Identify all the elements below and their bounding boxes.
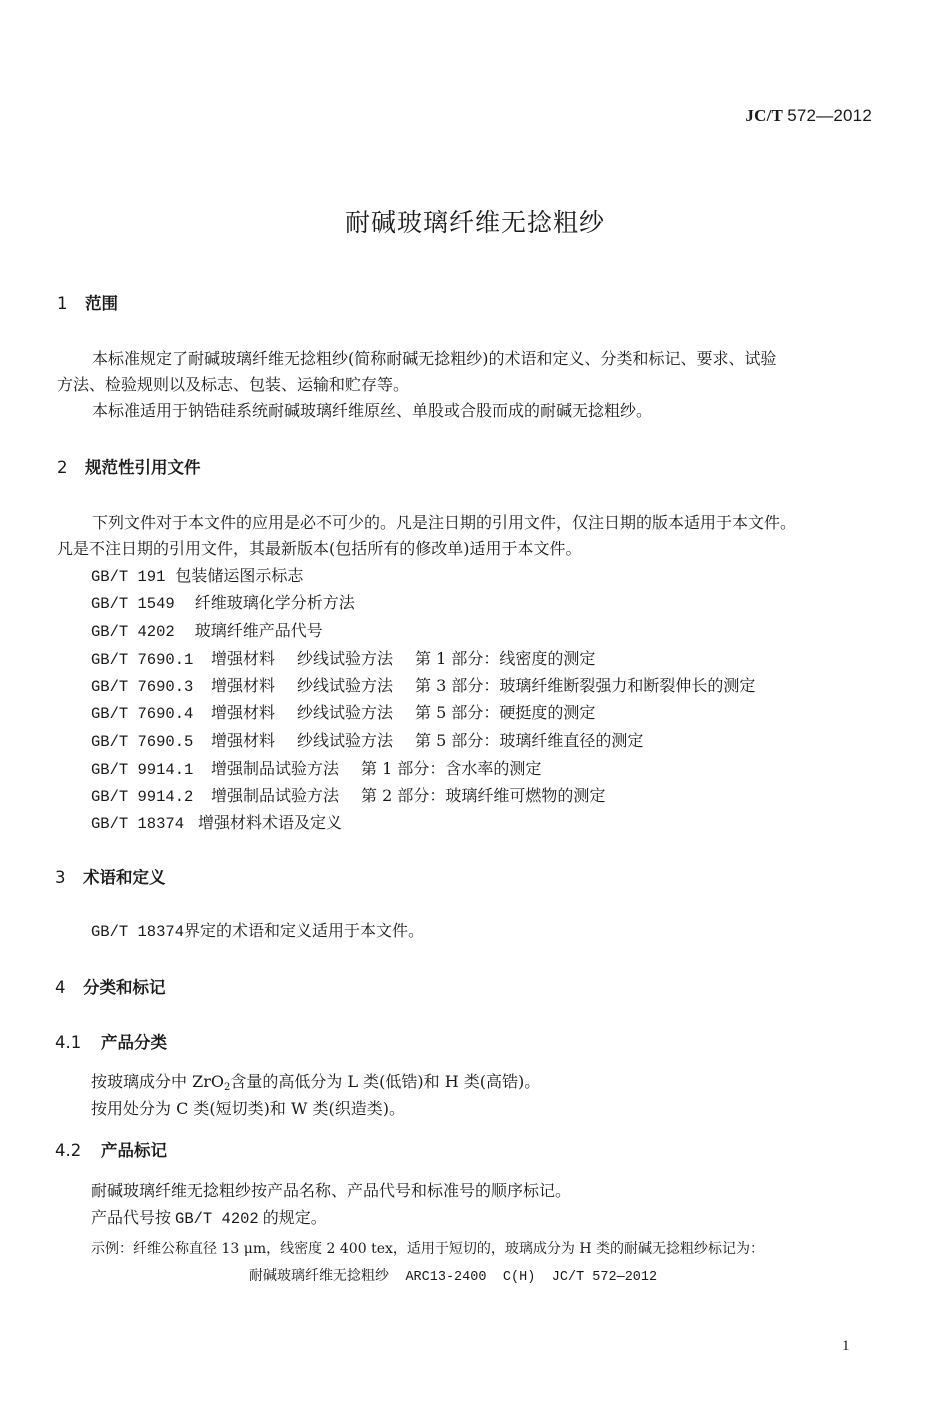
section-title: 范围 xyxy=(85,294,118,313)
reference-title: 增强材料 xyxy=(211,703,275,722)
terms-definition-text: GB/T 18374界定的术语和定义适用于本文件。 xyxy=(91,918,424,945)
reference-item: GB/T 9914.2增强制品试验方法第 2 部分：玻璃纤维可燃物的测定 xyxy=(91,783,605,806)
reference-code: GB/T 18374 xyxy=(91,815,184,833)
reference-title: 增强制品试验方法 xyxy=(211,786,339,805)
designation-class: C(H) xyxy=(503,1270,535,1285)
section-1-heading: 1范围 xyxy=(57,290,118,314)
reference-item: GB/T 7690.5增强材料纱线试验方法第 5 部分：玻璃纤维直径的测定 xyxy=(91,728,643,751)
page-title: 耐碱玻璃纤维无捻粗纱 xyxy=(0,203,950,239)
section-title: 规范性引用文件 xyxy=(85,458,201,477)
reference-title: 包装储运图示标志 xyxy=(175,566,303,585)
refs-intro-line-2: 凡是不注日期的引用文件，其最新版本(包括所有的修改单)适用于本文件。 xyxy=(57,536,887,562)
reference-part: 第 3 部分：玻璃纤维断裂强力和断裂伸长的测定 xyxy=(415,676,755,695)
section-1-body: 本标准规定了耐碱玻璃纤维无捻粗纱(简称耐碱无捻粗纱)的术语和定义、分类和标记、要… xyxy=(57,346,872,424)
classification-line-2: 按用处分为 C 类(短切类)和 W 类(织造类)。 xyxy=(91,1096,405,1122)
scope-para-1-line-2: 方法、检验规则以及标志、包装、运输和贮存等。 xyxy=(57,372,872,398)
reference-part: 第 1 部分：线密度的测定 xyxy=(415,649,595,668)
reference-part: 第 1 部分：含水率的测定 xyxy=(361,759,541,778)
standard-number: 572—2012 xyxy=(787,106,872,125)
section-number: 4 xyxy=(55,978,83,997)
section-title: 术语和定义 xyxy=(83,868,166,887)
reference-part: 第 5 部分：硬挺度的测定 xyxy=(415,703,595,722)
section-4-2-heading: 4.2产品标记 xyxy=(55,1137,167,1161)
classification-text: 按玻璃成分中 ZrO xyxy=(91,1072,224,1091)
reference-code: GB/T 7690.3 xyxy=(91,678,201,696)
marking-example: 示例：纤维公称直径 13 μm，线密度 2 400 tex，适用于短切的，玻璃成… xyxy=(91,1238,764,1258)
marking-code: GB/T 4202 xyxy=(175,1210,259,1228)
standard-prefix: JC/T xyxy=(745,106,782,125)
marking-line-1: 耐碱玻璃纤维无捻粗纱按产品名称、产品代号和标准号的顺序标记。 xyxy=(91,1178,571,1204)
reference-code: GB/T 7690.1 xyxy=(91,651,201,669)
designation-code: ARC13-2400 xyxy=(405,1270,486,1285)
section-number: 4.2 xyxy=(55,1141,101,1160)
reference-code: GB/T 1549 xyxy=(91,595,175,613)
reference-item: GB/T 1549纤维玻璃化学分析方法 xyxy=(91,590,355,613)
reference-item: GB/T 9914.1增强制品试验方法第 1 部分：含水率的测定 xyxy=(91,756,541,779)
section-title: 产品分类 xyxy=(101,1033,167,1052)
standard-code: JC/T 572—2012 xyxy=(745,106,872,126)
reference-part: 第 2 部分：玻璃纤维可燃物的测定 xyxy=(361,786,605,805)
reference-title: 增强材料 xyxy=(211,731,275,750)
marking-text: 产品代号按 xyxy=(91,1208,171,1227)
reference-code: GB/T 4202 xyxy=(91,623,175,641)
reference-title: 增强材料 xyxy=(211,649,275,668)
refs-intro-line-1: 下列文件对于本文件的应用是必不可少的。凡是注日期的引用文件，仅注日期的版本适用于… xyxy=(57,510,887,536)
reference-code: GB/T 9914.2 xyxy=(91,788,201,806)
terms-text: 界定的术语和定义适用于本文件。 xyxy=(184,921,424,940)
section-number: 1 xyxy=(57,294,85,313)
reference-item: GB/T 4202玻璃纤维产品代号 xyxy=(91,618,323,641)
reference-title: 玻璃纤维产品代号 xyxy=(195,621,323,640)
section-title: 产品标记 xyxy=(101,1141,167,1160)
section-number: 4.1 xyxy=(55,1033,101,1052)
classification-text: 含量的高低分为 L 类(低锆)和 H 类(高锆)。 xyxy=(230,1072,540,1091)
reference-code: GB/T 9914.1 xyxy=(91,761,201,779)
designation-standard: JC/T 572—2012 xyxy=(552,1270,657,1285)
reference-code: GB/T 7690.4 xyxy=(91,705,201,723)
reference-code: GB/T 191 xyxy=(91,568,165,586)
marking-example-designation: 耐碱玻璃纤维无捻粗纱 ARC13-2400 C(H) JC/T 572—2012 xyxy=(249,1265,657,1285)
reference-title: 增强制品试验方法 xyxy=(211,759,339,778)
section-number: 3 xyxy=(55,868,83,887)
reference-subtitle: 纱线试验方法 xyxy=(297,731,393,750)
reference-item: GB/T 18374增强材料术语及定义 xyxy=(91,810,342,833)
reference-item: GB/T 191包装储运图示标志 xyxy=(91,563,303,586)
reference-subtitle: 纱线试验方法 xyxy=(297,676,393,695)
marking-line-2: 产品代号按GB/T 4202的规定。 xyxy=(91,1205,327,1232)
reference-subtitle: 纱线试验方法 xyxy=(297,703,393,722)
section-2-heading: 2规范性引用文件 xyxy=(57,454,201,478)
reference-code: GB/T 7690.5 xyxy=(91,733,201,751)
scope-para-1-line-1: 本标准规定了耐碱玻璃纤维无捻粗纱(简称耐碱无捻粗纱)的术语和定义、分类和标记、要… xyxy=(57,346,872,372)
page-number: 1 xyxy=(842,1338,850,1355)
section-4-heading: 4分类和标记 xyxy=(55,974,166,998)
section-2-intro: 下列文件对于本文件的应用是必不可少的。凡是注日期的引用文件，仅注日期的版本适用于… xyxy=(57,510,887,562)
designation-name: 耐碱玻璃纤维无捻粗纱 xyxy=(249,1268,389,1284)
section-3-heading: 3术语和定义 xyxy=(55,864,166,888)
reference-title: 纤维玻璃化学分析方法 xyxy=(195,593,355,612)
reference-title: 增强材料术语及定义 xyxy=(198,813,342,832)
terms-code: GB/T 18374 xyxy=(91,923,184,941)
reference-subtitle: 纱线试验方法 xyxy=(297,649,393,668)
reference-item: GB/T 7690.3增强材料纱线试验方法第 3 部分：玻璃纤维断裂强力和断裂伸… xyxy=(91,673,755,696)
section-4-1-heading: 4.1产品分类 xyxy=(55,1029,167,1053)
marking-text: 的规定。 xyxy=(263,1208,327,1227)
reference-item: GB/T 7690.1增强材料纱线试验方法第 1 部分：线密度的测定 xyxy=(91,646,595,669)
scope-para-2: 本标准适用于钠锆硅系统耐碱玻璃纤维原丝、单股或合股而成的耐碱无捻粗纱。 xyxy=(57,398,872,424)
reference-item: GB/T 7690.4增强材料纱线试验方法第 5 部分：硬挺度的测定 xyxy=(91,700,595,723)
reference-title: 增强材料 xyxy=(211,676,275,695)
section-number: 2 xyxy=(57,458,85,477)
section-title: 分类和标记 xyxy=(83,978,166,997)
reference-part: 第 5 部分：玻璃纤维直径的测定 xyxy=(415,731,643,750)
